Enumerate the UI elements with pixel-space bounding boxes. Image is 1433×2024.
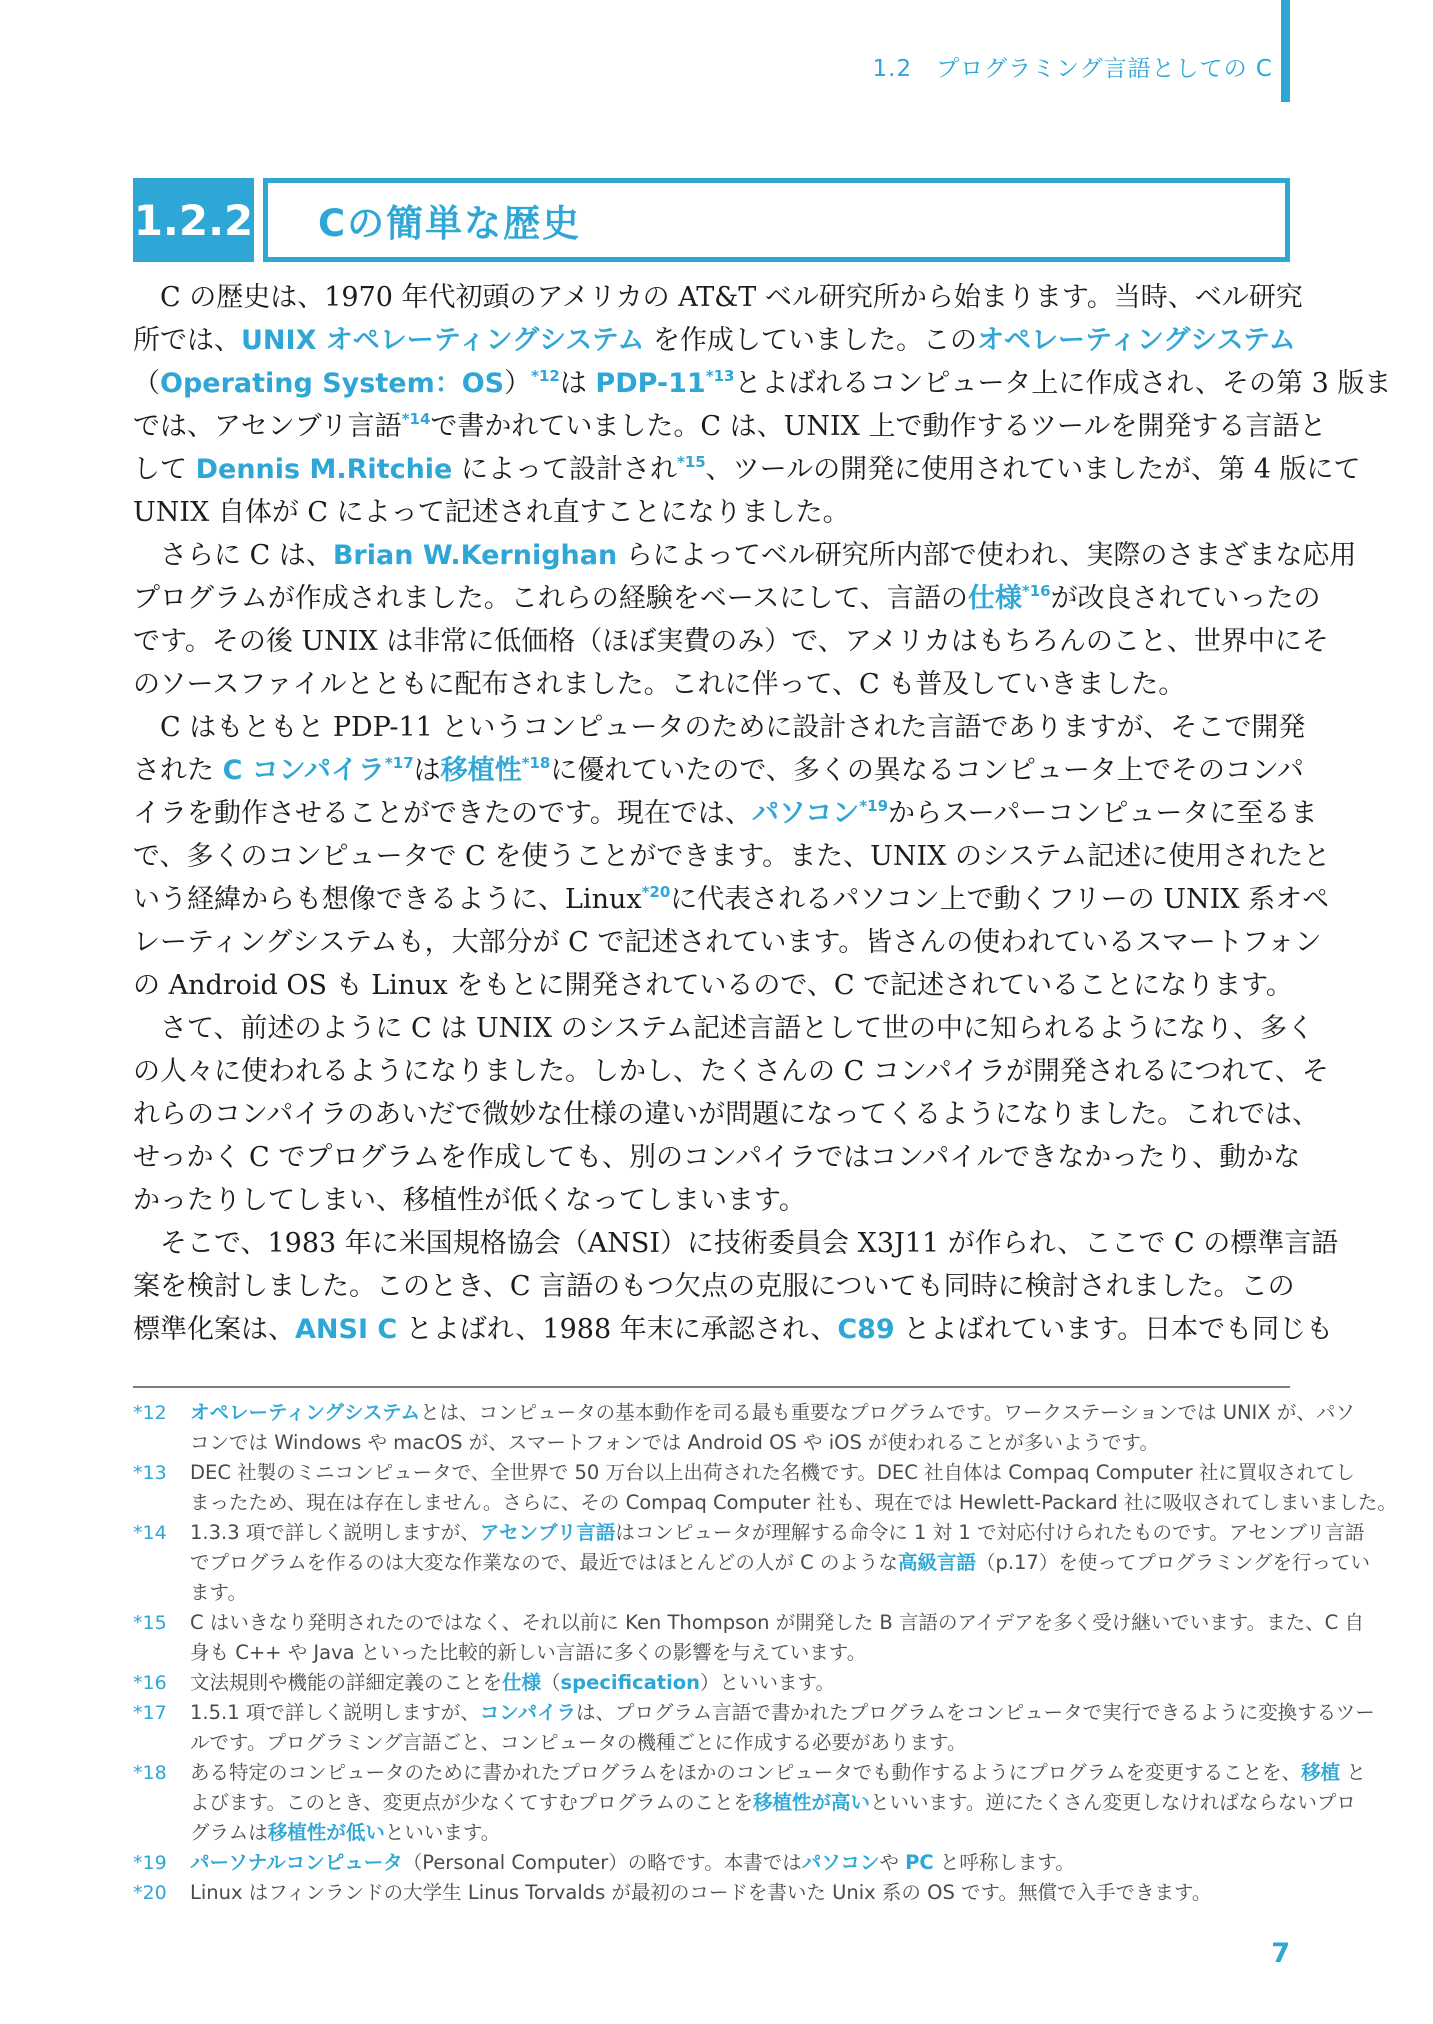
footnote-line: 身も C++ や Java といった比較的新しい言語に多くの影響を与えています。 [190,1638,1364,1668]
body-text: そこで、1983 年に米国規格協会（ANSI）に技術委員会 X3J11 が作られ… [160,1228,1338,1259]
footnote: *19パーソナルコンピュータ（Personal Computer）の略です。本書… [133,1848,1290,1878]
body-text: とは、コンピュータの基本動作を司る最も重要なプログラムです。ワークステーションで… [420,1401,1355,1424]
body-text: （ [133,368,160,399]
footnote-ref: *13 [706,367,735,385]
body-text: に代表されるパソコン上で動くフリーの UNIX 系オペ [670,884,1329,915]
body-text: に優れていたので、多くの異なるコンピュータ上でそのコンパ [550,755,1304,786]
footnote-marker: *15 [133,1608,190,1668]
body-text: （ [541,1671,561,1694]
body-text: とよばれています。日本でも同じも [895,1314,1333,1345]
body-text: は [560,368,596,399]
body-text: からスーパーコンピュータに至るま [888,798,1317,829]
body-text: のソースファイルとともに配布されました。これに伴って、C も普及していきました。 [133,669,1185,700]
body-text: れらのコンパイラのあいだで微妙な仕様の違いが問題になってくるようになりました。こ… [133,1099,1319,1130]
body-text: 文法規則や機能の詳細定義のことを [190,1671,502,1694]
footnote-marker: *20 [133,1878,190,1908]
footnote-ref: *14 [402,410,431,428]
footnote-line: ます。 [190,1578,1370,1608]
footnote-line: 文法規則や機能の詳細定義のことを仕様（specification）といいます。 [190,1668,1290,1698]
footnote-marker: *13 [133,1458,190,1518]
footnote: *16文法規則や機能の詳細定義のことを仕様（specification）といいま… [133,1668,1290,1698]
body-text: 所では、 [133,325,241,356]
body-text: いう経緯からも想像できるように、Linux [133,884,642,915]
keyword-text: Operating System：OS [160,368,504,399]
body-line: UNIX 自体が C によって記述され直すことになりました。 [133,491,1290,534]
body-text: の Android OS も Linux をもとに開発されているので、C で記述… [133,970,1293,1001]
footnote-line: ルです。プログラミング言語ごと、コンピュータの機種ごとに作成する必要があります。 [190,1728,1375,1758]
footnote-line: C はいきなり発明されたのではなく、それ以前に Ken Thompson が開発… [190,1608,1364,1638]
body-text: Linux はフィンランドの大学生 Linus Torvalds が最初のコード… [190,1881,1211,1904]
body-text: によって設計され [452,454,677,485]
body-text: で書かれていました。C は、UNIX 上で動作するツールを開発する言語と [430,411,1326,442]
body-line: して Dennis M.Ritchie によって設計され*15、ツールの開発に使… [133,448,1290,491]
footnote: *18ある特定のコンピュータのために書かれたプログラムをほかのコンピュータでも動… [133,1758,1290,1848]
body-text: C の歴史は、1970 年代初頭のアメリカの AT&T ベル研究所から始まります… [160,282,1303,313]
footnote: *12オペレーティングシステムとは、コンピュータの基本動作を司る最も重要なプログ… [133,1398,1290,1458]
body-line: の人々に使われるようになりました。しかし、たくさんの C コンパイラが開発される… [133,1050,1290,1093]
footnote-text: DEC 社製のミニコンピュータで、全世界で 50 万台以上出荷された名機です。D… [190,1458,1397,1518]
footnote-ref: *17 [385,754,414,772]
body-text: 、ツールの開発に使用されていましたが、第 4 版にて [706,454,1361,485]
footnote-marker: *12 [133,1398,190,1458]
body-line: のソースファイルとともに配布されました。これに伴って、C も普及していきました。 [133,663,1290,706]
keyword-text: オペレーティングシステム [190,1401,420,1424]
body-text: 標準化案は、 [133,1314,295,1345]
body-line: せっかく C でプログラムを作成しても、別のコンパイラではコンパイルできなかった… [133,1136,1290,1179]
keyword-text: オペレーティングシステム [977,325,1296,356]
body-line: そこで、1983 年に米国規格協会（ANSI）に技術委員会 X3J11 が作られ… [133,1222,1290,1265]
keyword-text: パーソナルコンピュータ [190,1851,403,1874]
body-line: で、多くのコンピュータで C を使うことができます。また、UNIX のシステム記… [133,835,1290,878]
body-text: さらに C は、 [160,540,333,571]
keyword-text: Dennis M.Ritchie [196,454,453,485]
body-line: の Android OS も Linux をもとに開発されているので、C で記述… [133,964,1290,1007]
keyword-text: specification [561,1671,701,1694]
body-text: や [879,1851,905,1874]
footnote: *13DEC 社製のミニコンピュータで、全世界で 50 万台以上出荷された名機で… [133,1458,1290,1518]
book-page: 1.2 プログラミング言語としての C 1.2.2 Cの簡単な歴史 C の歴史は… [0,0,1433,2024]
section-heading: 1.2.2 Cの簡単な歴史 [133,178,1290,262]
section-number: 1.2.2 [133,178,254,262]
body-text: ）といいます。 [700,1671,835,1694]
body-text: まったため、現在は存在しません。さらに、その Compaq Computer 社… [190,1491,1397,1514]
body-text: はコンピュータが理解する命令に 1 対 1 で対応付けられたものです。アセンブリ… [615,1521,1364,1544]
footnote-ref: *19 [859,797,888,815]
running-header: 1.2 プログラミング言語としての C [133,50,1273,83]
footnote-text: 文法規則や機能の詳細定義のことを仕様（specification）といいます。 [190,1668,1290,1698]
section-title-box: Cの簡単な歴史 [263,178,1290,262]
body-line: いう経緯からも想像できるように、Linux*20に代表されるパソコン上で動くフリ… [133,878,1290,921]
keyword-text: アセンブリ言語 [480,1521,616,1544]
body-text: 案を検討しました。このとき、C 言語のもつ欠点の克服についても同時に検討されまし… [133,1271,1295,1302]
body-line: C の歴史は、1970 年代初頭のアメリカの AT&T ベル研究所から始まります… [133,276,1290,319]
footnote: *15C はいきなり発明されたのではなく、それ以前に Ken Thompson … [133,1608,1290,1668]
body-text: せっかく C でプログラムを作成しても、別のコンパイラではコンパイルできなかった… [133,1142,1300,1173]
body-text: では、アセンブリ言語 [133,411,402,442]
body-text: の人々に使われるようになりました。しかし、たくさんの C コンパイラが開発される… [133,1056,1329,1087]
footnote-text: 1.3.3 項で詳しく説明しますが、アセンブリ言語はコンピュータが理解する命令に… [190,1518,1370,1608]
body-text: C はもともと PDP-11 というコンピュータのために設計された言語であります… [160,712,1305,743]
footnote-block: *12オペレーティングシステムとは、コンピュータの基本動作を司る最も重要なプログ… [133,1398,1290,1908]
footnote-ref: *18 [522,754,551,772]
body-text: よびます。このとき、変更点が少なくてすむプログラムのことを [190,1791,753,1814]
keyword-text: C89 [837,1314,894,1345]
footnote-line: 1.5.1 項で詳しく説明しますが、コンパイラは、プログラム言語で書かれたプログ… [190,1698,1375,1728]
body-line: C はもともと PDP-11 というコンピュータのために設計された言語であります… [133,706,1290,749]
body-text: らによってベル研究所内部で使われ、実際のさまざまな応用 [617,540,1356,571]
keyword-text: 仕様 [502,1671,541,1694]
body-text: して [133,454,196,485]
body-line: かったりしてしまい、移植性が低くなってしまいます。 [133,1179,1290,1222]
body-text: かったりしてしまい、移植性が低くなってしまいます。 [133,1185,806,1216]
body-text: ） [504,368,531,399]
section-title: Cの簡単な歴史 [268,193,581,247]
body-text: といいます。逆にたくさん変更しなければならないプロ [870,1791,1356,1814]
body-text: ルです。プログラミング言語ごと、コンピュータの機種ごとに作成する必要があります。 [190,1731,967,1754]
footnote-line: コンでは Windows や macOS が、スマートフォンでは Android… [190,1428,1355,1458]
footnote-ref: *20 [642,883,671,901]
body-text: グラムは [190,1821,268,1844]
body-text: で、多くのコンピュータで C を使うことができます。また、UNIX のシステム記… [133,841,1330,872]
footnote-marker: *19 [133,1848,190,1878]
keyword-text: パソコン [802,1851,880,1874]
body-text-block: C の歴史は、1970 年代初頭のアメリカの AT&T ベル研究所から始まります… [133,276,1290,1351]
body-text: さて、前述のように C は UNIX のシステム記述言語として世の中に知られるよ… [160,1013,1314,1044]
body-text: イラを動作させることができたのです。現在では、 [133,798,752,829]
keyword-text: Brian W.Kernighan [333,540,617,571]
footnote-line: よびます。このとき、変更点が少なくてすむプログラムのことを移植性が高いといいます… [190,1788,1366,1818]
keyword-text: パソコン [752,798,859,829]
body-line: さて、前述のように C は UNIX のシステム記述言語として世の中に知られるよ… [133,1007,1290,1050]
body-text: でプログラムを作るのは大変な作業なので、最近ではほとんどの人が C のような [190,1551,898,1574]
keyword-text: 仕様 [968,583,1022,614]
body-text: は、プログラム言語で書かれたプログラムをコンピュータで実行できるように変換するツ… [576,1701,1375,1724]
footnote-ref: *12 [531,367,560,385]
footnote-line: でプログラムを作るのは大変な作業なので、最近ではほとんどの人が C のような高級… [190,1548,1370,1578]
footnote-line: Linux はフィンランドの大学生 Linus Torvalds が最初のコード… [190,1878,1290,1908]
footnote-text: オペレーティングシステムとは、コンピュータの基本動作を司る最も重要なプログラムで… [190,1398,1355,1458]
footnote-line: まったため、現在は存在しません。さらに、その Compaq Computer 社… [190,1488,1397,1518]
body-text: を作成していました。この [644,325,977,356]
body-line: 所では、UNIX オペレーティングシステム を作成していました。このオペレーティ… [133,319,1290,362]
body-text: （p.17）を使ってプログラミングを行ってい [976,1551,1370,1574]
keyword-text: 移植性が低い [268,1821,385,1844]
body-line: イラを動作させることができたのです。現在では、パソコン*19からスーパーコンピュ… [133,792,1290,835]
body-line: レーティングシステムも，大部分が C で記述されています。皆さんの使われているス… [133,921,1290,964]
footnote-line: パーソナルコンピュータ（Personal Computer）の略です。本書ではパ… [190,1848,1290,1878]
keyword-text: UNIX オペレーティングシステム [241,325,644,356]
footnote-text: ある特定のコンピュータのために書かれたプログラムをほかのコンピュータでも動作する… [190,1758,1366,1848]
body-text: と [1340,1761,1366,1784]
body-line: プログラムが作成されました。これらの経験をベースにして、言語の仕様*16が改良さ… [133,577,1290,620]
body-text: 1.5.1 項で詳しく説明しますが、 [190,1701,480,1724]
body-text: といいます。 [385,1821,500,1844]
body-text: コンでは Windows や macOS が、スマートフォンでは Android… [190,1431,1159,1454]
keyword-text: 移植 [1301,1761,1340,1784]
body-text: C はいきなり発明されたのではなく、それ以前に Ken Thompson が開発… [190,1611,1364,1634]
footnote-divider [133,1386,1290,1388]
footnote: *141.3.3 項で詳しく説明しますが、アセンブリ言語はコンピュータが理解する… [133,1518,1290,1608]
footnote-marker: *14 [133,1518,190,1608]
body-text: です。その後 UNIX は非常に低価格（ほぼ実費のみ）で、アメリカはもちろんのこ… [133,626,1329,657]
body-line: さらに C は、Brian W.Kernighan らによってベル研究所内部で使… [133,534,1290,577]
body-text: とよばれるコンピュータ上に作成され、その第 3 版ま [734,368,1391,399]
body-text: が改良されていったの [1051,583,1321,614]
body-line: れらのコンパイラのあいだで微妙な仕様の違いが問題になってくるようになりました。こ… [133,1093,1290,1136]
body-text: ある特定のコンピュータのために書かれたプログラムをほかのコンピュータでも動作する… [190,1761,1301,1784]
body-text: レーティングシステムも，大部分が C で記述されています。皆さんの使われているス… [133,927,1322,958]
page-number: 7 [133,1938,1290,1969]
body-text: された [133,755,223,786]
footnote-marker: *17 [133,1698,190,1758]
body-line: では、アセンブリ言語*14で書かれていました。C は、UNIX 上で動作するツー… [133,405,1290,448]
keyword-text: 移植性 [441,755,522,786]
body-text: DEC 社製のミニコンピュータで、全世界で 50 万台以上出荷された名機です。D… [190,1461,1355,1484]
body-text: プログラムが作成されました。これらの経験をベースにして、言語の [133,583,968,614]
footnote: *20Linux はフィンランドの大学生 Linus Torvalds が最初の… [133,1878,1290,1908]
footnote-line: DEC 社製のミニコンピュータで、全世界で 50 万台以上出荷された名機です。D… [190,1458,1397,1488]
body-text: UNIX 自体が C によって記述され直すことになりました。 [133,497,850,528]
footnote: *171.5.1 項で詳しく説明しますが、コンパイラは、プログラム言語で書かれた… [133,1698,1290,1758]
body-text: 1.3.3 項で詳しく説明しますが、 [190,1521,480,1544]
keyword-text: 移植性が高い [753,1791,870,1814]
body-text: は [414,755,441,786]
footnote-text: C はいきなり発明されたのではなく、それ以前に Ken Thompson が開発… [190,1608,1364,1668]
footnote-text: Linux はフィンランドの大学生 Linus Torvalds が最初のコード… [190,1878,1290,1908]
keyword-text: 高級言語 [898,1551,976,1574]
footnote-line: ある特定のコンピュータのために書かれたプログラムをほかのコンピュータでも動作する… [190,1758,1366,1788]
body-line: 標準化案は、ANSI C とよばれ、1988 年末に承認され、C89 とよばれて… [133,1308,1290,1351]
body-line: です。その後 UNIX は非常に低価格（ほぼ実費のみ）で、アメリカはもちろんのこ… [133,620,1290,663]
keyword-text: コンパイラ [480,1701,576,1724]
body-text: ます。 [190,1581,247,1604]
body-line: （Operating System：OS）*12は PDP-11*13とよばれる… [133,362,1290,405]
body-text: 身も C++ や Java といった比較的新しい言語に多くの影響を与えています。 [190,1641,866,1664]
footnote-marker: *18 [133,1758,190,1848]
body-text: （Personal Computer）の略です。本書では [403,1851,802,1874]
footnote-marker: *16 [133,1668,190,1698]
footnote-text: パーソナルコンピュータ（Personal Computer）の略です。本書ではパ… [190,1848,1290,1878]
footnote-ref: *15 [677,453,706,471]
footnote-text: 1.5.1 項で詳しく説明しますが、コンパイラは、プログラム言語で書かれたプログ… [190,1698,1375,1758]
body-line: 案を検討しました。このとき、C 言語のもつ欠点の克服についても同時に検討されまし… [133,1265,1290,1308]
body-text: とよばれ、1988 年末に承認され、 [397,1314,837,1345]
body-line: された C コンパイラ*17は移植性*18に優れていたので、多くの異なるコンピュ… [133,749,1290,792]
keyword-text: PDP-11 [595,368,705,399]
footnote-ref: *16 [1022,582,1051,600]
keyword-text: ANSI C [295,1314,397,1345]
keyword-text: PC [905,1851,934,1874]
keyword-text: C コンパイラ [223,755,385,786]
footnote-line: グラムは移植性が低いといいます。 [190,1818,1366,1848]
footnote-line: オペレーティングシステムとは、コンピュータの基本動作を司る最も重要なプログラムで… [190,1398,1355,1428]
footnote-line: 1.3.3 項で詳しく説明しますが、アセンブリ言語はコンピュータが理解する命令に… [190,1518,1370,1548]
body-text: と呼称します。 [934,1851,1075,1874]
header-accent-bar [1281,0,1290,102]
